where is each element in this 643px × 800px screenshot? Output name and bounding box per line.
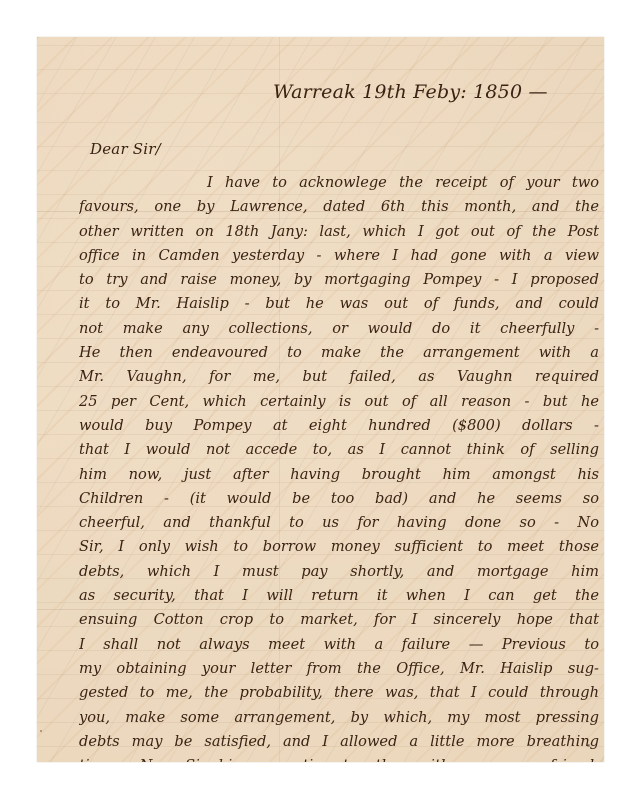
letter-line: that I would not accede to, as I cannot … [79,438,599,462]
letter-line: 25 per Cent, which certainly is out of a… [79,390,599,414]
letter-line: debts may be satisfied, and I allowed a … [79,730,599,754]
letter-body: I have to acknowlege the receipt of your… [79,171,599,762]
letter-line: debts, which I must pay shortly, and mor… [79,560,599,584]
letter-line: He then endeavoured to make the arrangem… [79,341,599,365]
letter-line: cheerful, and thankful to us for having … [79,511,599,535]
letter-line: to try and raise money, by mortgaging Po… [79,268,599,292]
letter-dateline: Warreak 19th Feby: 1850 — [273,81,548,103]
letter-line: him now, just after having brought him a… [79,463,599,487]
letter-line: my obtaining your letter from the Office… [79,657,599,681]
paper-speck [587,744,590,747]
letter-line: favours, one by Lawrence, dated 6th this… [79,195,599,219]
letter-line: Sir, I only wish to borrow money suffici… [79,535,599,559]
letter-line: not make any collections, or would do it… [79,317,599,341]
letter-line: I shall not always meet with a failure —… [79,633,599,657]
letter-line: ensuing Cotton crop to market, for I sin… [79,608,599,632]
letter-line: other written on 18th Jany: last, which … [79,220,599,244]
letter-line: would buy Pompey at eight hundred ($800)… [79,414,599,438]
letter-line: as security, that I will return it when … [79,584,599,608]
letter-line: Children - (it would be too bad) and he … [79,487,599,511]
letter-line: you, make some arrangement, by which, my… [79,706,599,730]
page-canvas: Warreak 19th Feby: 1850 — Dear Sir/ I ha… [0,0,643,800]
letter-line: time - Now Sir his suggestion together w… [79,754,599,762]
letter-line: Mr. Vaughn, for me, but failed, as Vaugh… [79,365,599,389]
letter-salutation: Dear Sir/ [90,140,161,158]
letter-paper: Warreak 19th Feby: 1850 — Dear Sir/ I ha… [37,37,604,762]
paper-speck [40,730,42,732]
letter-line: gested to me, the probability, there was… [79,681,599,705]
letter-line: it to Mr. Haislip - but he was out of fu… [79,292,599,316]
letter-line: I have to acknowlege the receipt of your… [79,171,599,195]
letter-line: office in Camden yesterday - where I had… [79,244,599,268]
